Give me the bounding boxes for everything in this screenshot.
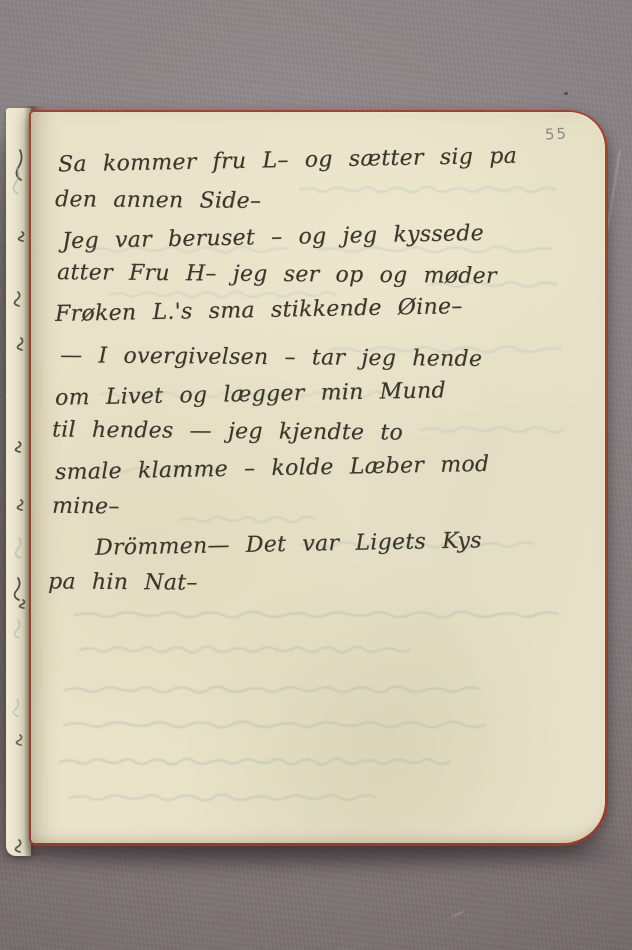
manuscript-page: 55 Sa kommer fru L– og sætter sig pa den…	[31, 112, 605, 843]
felt-speck	[564, 92, 568, 95]
handwriting-line: — I overgivelsen – tar jeg hende	[60, 345, 482, 371]
handwriting-line: mine–	[52, 496, 120, 519]
handwriting-line: smale klamme – kolde Læber mod	[55, 454, 490, 484]
page-number: 55	[545, 124, 569, 143]
handwriting-line: om Livet og lægger min Mund	[55, 380, 446, 409]
handwriting-line: atter Fru H– jeg ser op og møder	[57, 262, 497, 288]
handwriting-line: Drömmen— Det var Ligets Kys	[95, 530, 482, 559]
handwriting-line: Sa kommer fru L– og sætter sig pa	[58, 146, 517, 177]
photo-of-notebook: { "document": { "page_number": "55", "ha…	[0, 0, 632, 950]
handwriting-line: Jeg var beruset – og jeg kyssede	[62, 223, 484, 253]
handwriting-line: pa hin Nat–	[48, 571, 198, 594]
handwriting-line: Frøken L.'s sma stikkende Øine–	[55, 296, 463, 326]
handwriting-line: til hendes — jeg kjendte to	[52, 419, 403, 444]
handwriting-line: den annen Side–	[55, 189, 261, 213]
